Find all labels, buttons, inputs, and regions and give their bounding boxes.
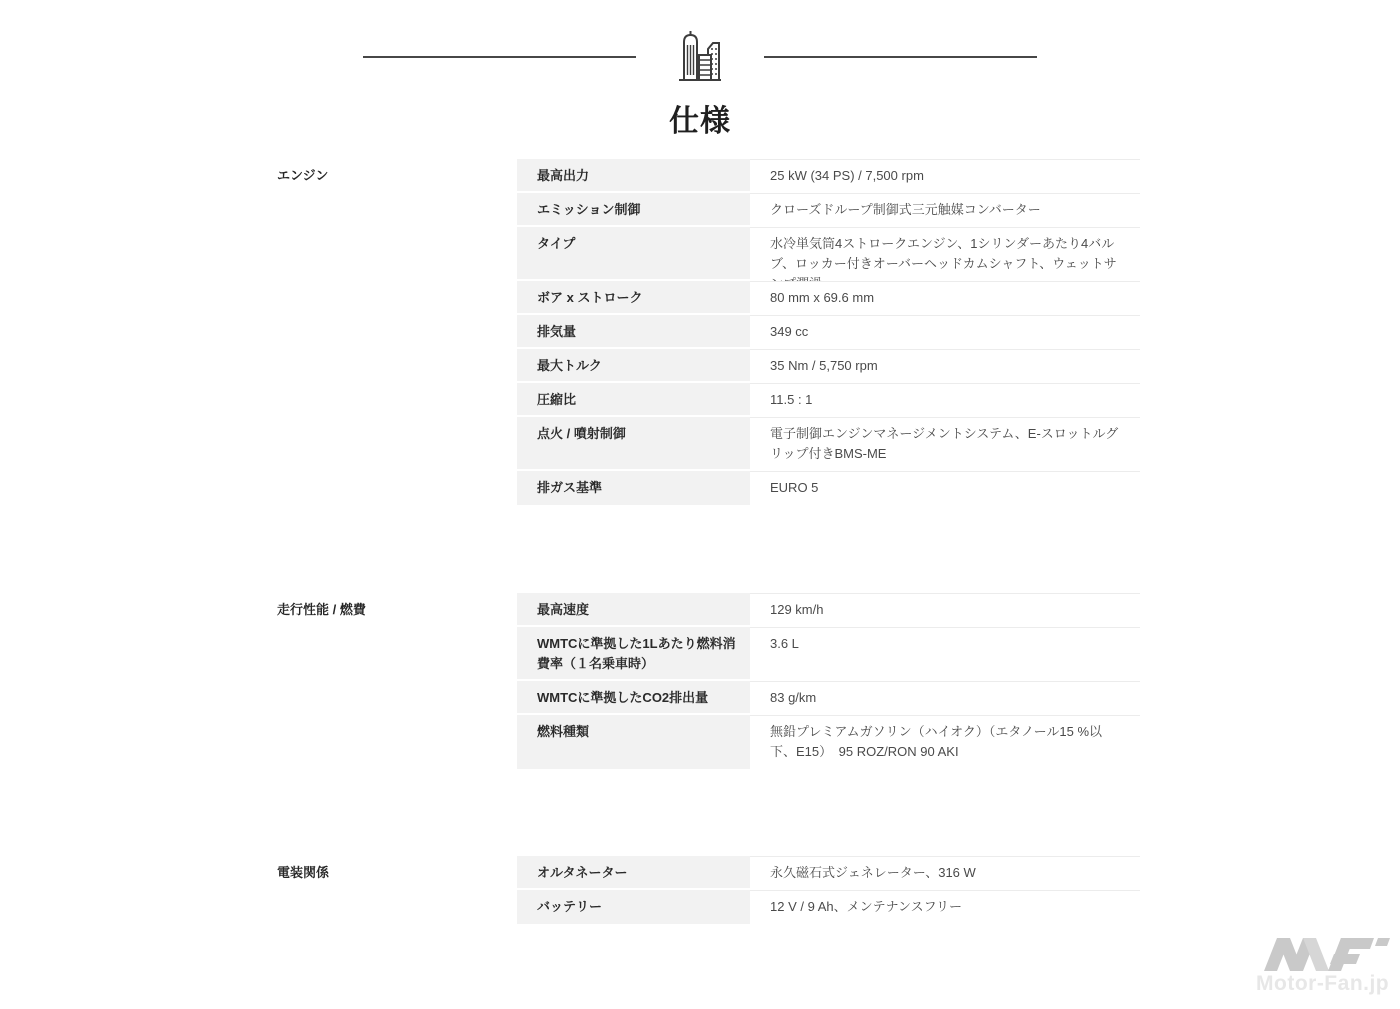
row-fuel-type: 燃料種類 無鉛プレミアムガソリン（ハイオク）（エタノール15 %以下、E15） … (517, 715, 1140, 769)
spec-value: 83 g/km (750, 681, 1140, 715)
performance-spec-table: 最高速度 129 km/h WMTCに準拠した1Lあたり燃料消費率（１名乗車時）… (517, 593, 1140, 769)
row-top-speed: 最高速度 129 km/h (517, 593, 1140, 627)
row-wmtc-co2: WMTCに準拠したCO2排出量 83 g/km (517, 681, 1140, 715)
row-bore-stroke: ボア x ストローク 80 mm x 69.6 mm (517, 281, 1140, 315)
row-max-torque: 最大トルク 35 Nm / 5,750 rpm (517, 349, 1140, 383)
row-max-power: 最高出力 25 kW (34 PS) / 7,500 rpm (517, 159, 1140, 193)
spec-page: 仕様 エンジン 最高出力 25 kW (34 PS) / 7,500 rpm エ… (0, 0, 1400, 1009)
row-emission-control: エミッション制御 クローズドループ制御式三元触媒コンバーター (517, 193, 1140, 227)
spec-value: 水冷単気筒4ストロークエンジン、1シリンダーあたり4バルブ、ロッカー付きオーバー… (750, 227, 1140, 281)
section-performance-fuel: 走行性能 / 燃費 最高速度 129 km/h WMTCに準拠した1Lあたり燃料… (0, 593, 1400, 769)
city-buildings-icon (676, 30, 724, 82)
row-battery: バッテリー 12 V / 9 Ah、メンテナンスフリー (517, 890, 1140, 924)
row-compression-ratio: 圧縮比 11.5 : 1 (517, 383, 1140, 417)
spec-value: 129 km/h (750, 593, 1140, 627)
spec-value: 349 cc (750, 315, 1140, 349)
spec-label: ボア x ストローク (517, 281, 750, 315)
spec-label: WMTCに準拠した1Lあたり燃料消費率（１名乗車時） (517, 627, 750, 681)
spec-label: タイプ (517, 227, 750, 281)
spec-label: エミッション制御 (517, 193, 750, 227)
motor-fan-mf-logo-icon (1262, 929, 1392, 971)
spec-label: オルタネーター (517, 856, 750, 890)
page-title: 仕様 (0, 96, 1400, 140)
spec-value: クローズドループ制御式三元触媒コンバーター (750, 193, 1140, 227)
spec-label: 最高出力 (517, 159, 750, 193)
spec-value: 電子制御エンジンマネージメントシステム、E-スロットルグリップ付きBMS-ME (750, 417, 1140, 471)
spec-label: 最大トルク (517, 349, 750, 383)
section-title-performance-fuel: 走行性能 / 燃費 (277, 593, 366, 620)
spec-value: 3.6 L (750, 627, 1140, 681)
spec-value: 12 V / 9 Ah、メンテナンスフリー (750, 890, 1140, 924)
spec-label: 燃料種類 (517, 715, 750, 769)
spec-value: EURO 5 (750, 471, 1140, 505)
spec-label: 排ガス基準 (517, 471, 750, 505)
spec-value: 35 Nm / 5,750 rpm (750, 349, 1140, 383)
row-displacement: 排気量 349 cc (517, 315, 1140, 349)
spec-label: 圧縮比 (517, 383, 750, 417)
spec-label: 最高速度 (517, 593, 750, 627)
row-alternator: オルタネーター 永久磁石式ジェネレーター、316 W (517, 856, 1140, 890)
electrical-spec-table: オルタネーター 永久磁石式ジェネレーター、316 W バッテリー 12 V / … (517, 856, 1140, 924)
section-electrical: 電装関係 オルタネーター 永久磁石式ジェネレーター、316 W バッテリー 12… (0, 856, 1400, 924)
spec-value: 11.5 : 1 (750, 383, 1140, 417)
section-title-electrical: 電装関係 (277, 856, 329, 883)
motor-fan-watermark-text: Motor-Fan.jp (1256, 972, 1392, 996)
spec-label: バッテリー (517, 890, 750, 924)
spec-label: 排気量 (517, 315, 750, 349)
header-rule-left (363, 56, 636, 58)
spec-value: 無鉛プレミアムガソリン（ハイオク）（エタノール15 %以下、E15） 95 RO… (750, 715, 1140, 769)
section-engine: エンジン 最高出力 25 kW (34 PS) / 7,500 rpm エミッシ… (0, 159, 1400, 505)
spec-value: 永久磁石式ジェネレーター、316 W (750, 856, 1140, 890)
spec-label: 点火 / 噴射制御 (517, 417, 750, 471)
spec-value: 25 kW (34 PS) / 7,500 rpm (750, 159, 1140, 193)
row-ignition-injection: 点火 / 噴射制御 電子制御エンジンマネージメントシステム、E-スロットルグリッ… (517, 417, 1140, 471)
row-emission-standard: 排ガス基準 EURO 5 (517, 471, 1140, 505)
spec-label: WMTCに準拠したCO2排出量 (517, 681, 750, 715)
spec-value: 80 mm x 69.6 mm (750, 281, 1140, 315)
header-rule-right (764, 56, 1037, 58)
row-engine-type: タイプ 水冷単気筒4ストロークエンジン、1シリンダーあたり4バルブ、ロッカー付き… (517, 227, 1140, 281)
section-title-engine: エンジン (277, 159, 328, 186)
row-wmtc-fuel-consumption: WMTCに準拠した1Lあたり燃料消費率（１名乗車時） 3.6 L (517, 627, 1140, 681)
engine-spec-table: 最高出力 25 kW (34 PS) / 7,500 rpm エミッション制御 … (517, 159, 1140, 505)
